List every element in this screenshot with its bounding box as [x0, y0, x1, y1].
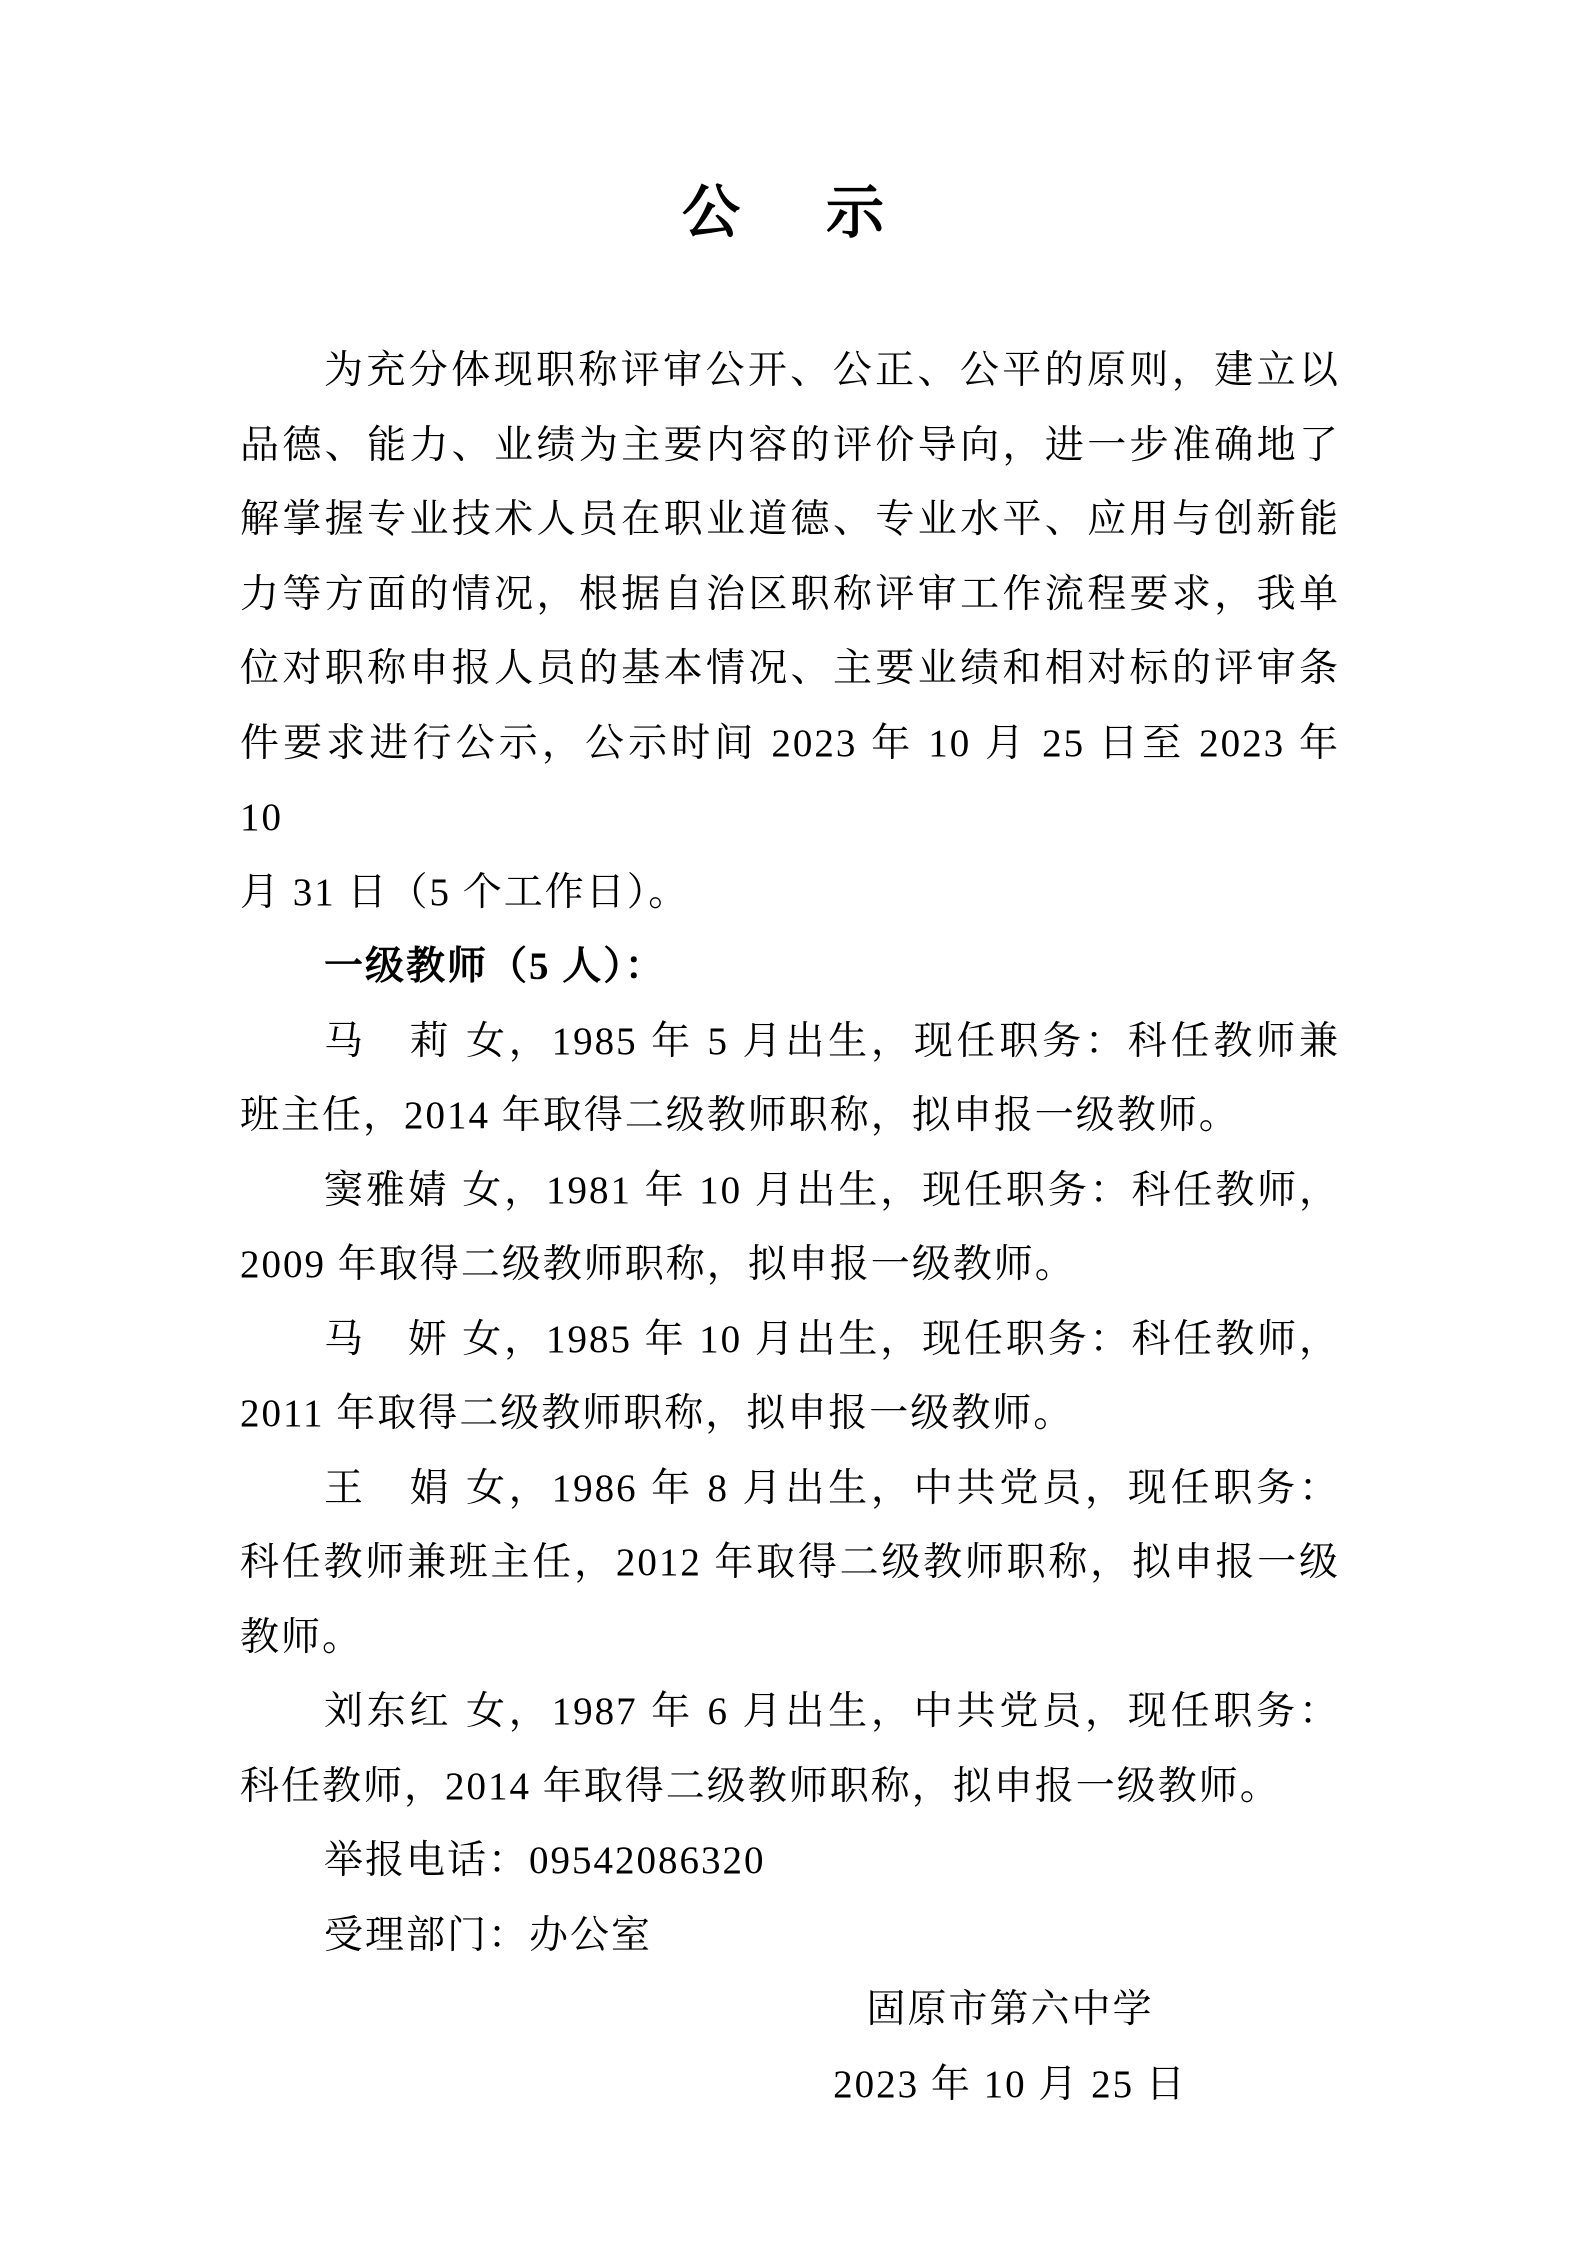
- intro-line-7: 月 31 日（5 个工作日）。: [240, 856, 1340, 931]
- intro-line-5: 位对职称申报人员的基本情况、主要业绩和相对标的评审条: [240, 632, 1340, 707]
- teacher-5-line-1: 刘东红 女，1987 年 6 月出生，中共党员，现任职务：: [240, 1675, 1340, 1750]
- teacher-2-line-2: 2009 年取得二级教师职称，拟申报一级教师。: [240, 1228, 1340, 1303]
- intro-paragraph: 为充分体现职称评审公开、公正、公平的原则，建立以 品德、能力、业绩为主要内容的评…: [240, 334, 1340, 930]
- intro-line-1: 为充分体现职称评审公开、公正、公平的原则，建立以: [240, 334, 1340, 409]
- teacher-entry: 马 莉 女，1985 年 5 月出生，现任职务：科任教师兼 班主任，2014 年…: [240, 1005, 1340, 1154]
- teacher-entry: 窦雅婧 女，1981 年 10 月出生，现任职务：科任教师， 2009 年取得二…: [240, 1154, 1340, 1303]
- signature-block: 固原市第六中学 2023 年 10 月 25 日: [800, 1973, 1220, 2122]
- teacher-4-line-3: 教师。: [240, 1601, 1340, 1676]
- teacher-2-line-1: 窦雅婧 女，1981 年 10 月出生，现任职务：科任教师，: [240, 1154, 1340, 1229]
- report-phone-line: 举报电话：09542086320: [240, 1824, 1340, 1899]
- teacher-5-line-2: 科任教师，2014 年取得二级教师职称，拟申报一级教师。: [240, 1750, 1340, 1825]
- teacher-1-line-2: 班主任，2014 年取得二级教师职称，拟申报一级教师。: [240, 1079, 1340, 1154]
- teacher-3-line-1: 马 妍 女，1985 年 10 月出生，现任职务：科任教师，: [240, 1303, 1340, 1378]
- intro-line-4: 力等方面的情况，根据自治区职称评审工作流程要求，我单: [240, 558, 1340, 633]
- document-page: 公 示 为充分体现职称评审公开、公正、公平的原则，建立以 品德、能力、业绩为主要…: [0, 0, 1587, 2245]
- contact-block: 举报电话：09542086320 受理部门：办公室: [240, 1824, 1340, 1973]
- signature-org: 固原市第六中学: [800, 1973, 1220, 2048]
- teacher-3-line-2: 2011 年取得二级教师职称，拟申报一级教师。: [240, 1377, 1340, 1452]
- teacher-entry: 刘东红 女，1987 年 6 月出生，中共党员，现任职务： 科任教师，2014 …: [240, 1675, 1340, 1824]
- section-heading: 一级教师（5 人）：: [240, 930, 1340, 1005]
- teacher-entry: 王 娟 女，1986 年 8 月出生，中共党员，现任职务： 科任教师兼班主任，2…: [240, 1452, 1340, 1676]
- signature-date: 2023 年 10 月 25 日: [800, 2048, 1220, 2123]
- intro-line-2: 品德、能力、业绩为主要内容的评价导向，进一步准确地了: [240, 409, 1340, 484]
- teacher-4-line-1: 王 娟 女，1986 年 8 月出生，中共党员，现任职务：: [240, 1452, 1340, 1527]
- teacher-4-line-2: 科任教师兼班主任，2012 年取得二级教师职称，拟申报一级: [240, 1526, 1340, 1601]
- teacher-1-line-1: 马 莉 女，1985 年 5 月出生，现任职务：科任教师兼: [240, 1005, 1340, 1080]
- document-content: 公 示 为充分体现职称评审公开、公正、公平的原则，建立以 品德、能力、业绩为主要…: [0, 0, 1587, 2122]
- intro-line-6: 件要求进行公示，公示时间 2023 年 10 月 25 日至 2023 年 10: [240, 707, 1340, 856]
- teacher-entry: 马 妍 女，1985 年 10 月出生，现任职务：科任教师， 2011 年取得二…: [240, 1303, 1340, 1452]
- department-line: 受理部门：办公室: [240, 1899, 1340, 1974]
- intro-line-3: 解掌握专业技术人员在职业道德、专业水平、应用与创新能: [240, 483, 1340, 558]
- page-title: 公 示: [240, 160, 1340, 266]
